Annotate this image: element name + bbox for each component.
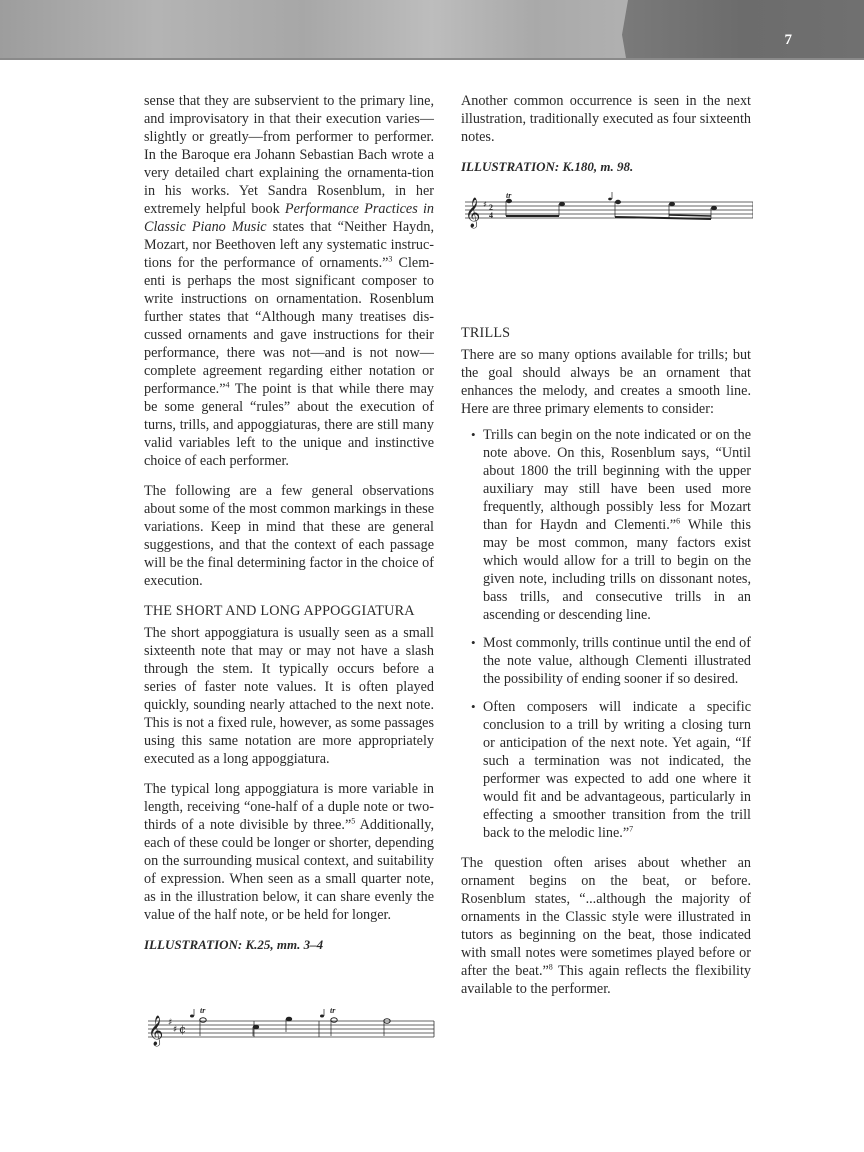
treble-clef-icon: 𝄞 <box>148 1015 163 1047</box>
text: Often composers will indicate a specific… <box>483 699 751 841</box>
paragraph: There are so many options available for … <box>461 346 751 418</box>
music-staff-illustration: 𝄞 ♯ ♯ ¢ tr tr <box>144 992 436 1058</box>
paragraph: sense that they are subservient to the p… <box>144 92 434 470</box>
section-heading: TRILLS <box>461 324 751 342</box>
illustration-label: ILLUSTRATION: K.25, mm. 3–4 <box>144 936 434 954</box>
paragraph: The short appoggiatura is usually seen a… <box>144 624 434 768</box>
sharp-icon: ♯ <box>483 200 487 209</box>
text: Most commonly, trills continue until the… <box>483 635 751 687</box>
music-staff-illustration: 𝄞 ♯ 2 4 tr <box>461 190 753 240</box>
trill-mark: tr <box>330 1006 336 1015</box>
list-item: Often composers will indicate a specific… <box>483 698 751 842</box>
section-heading: THE SHORT AND LONG APPOGGIATURA <box>144 602 434 620</box>
text: Clem-enti is perhaps the most significan… <box>144 255 434 397</box>
trill-mark: tr <box>506 191 512 200</box>
treble-clef-icon: 𝄞 <box>465 197 480 229</box>
right-column: Another common occurrence is seen in the… <box>461 92 751 1010</box>
page-header-dark-tab <box>622 0 864 58</box>
left-column: sense that they are subservient to the p… <box>144 92 434 1058</box>
cut-time-icon: ¢ <box>179 1023 186 1036</box>
paragraph: The typical long appoggiatura is more va… <box>144 780 434 924</box>
list-item: Trills can begin on the note indicated o… <box>483 426 751 624</box>
list-item: Most commonly, trills continue until the… <box>483 634 751 688</box>
page-number: 7 <box>785 32 793 49</box>
sharp-icon: ♯ <box>168 1018 172 1028</box>
trill-mark: tr <box>200 1006 206 1015</box>
time-signature-bottom: 4 <box>489 211 493 220</box>
illustration-label: ILLUSTRATION: K.180, m. 98. <box>461 158 751 176</box>
bullet-list: Trills can begin on the note indicated o… <box>461 426 751 842</box>
footnote-ref[interactable]: 7 <box>629 824 633 833</box>
text: sense that they are subservient to the p… <box>144 93 434 217</box>
sharp-icon: ♯ <box>173 1025 177 1035</box>
text: The question often arises about whether … <box>461 855 751 979</box>
paragraph: Another common occurrence is seen in the… <box>461 92 751 146</box>
paragraph: The following are a few general observat… <box>144 482 434 590</box>
paragraph: The question often arises about whether … <box>461 854 751 998</box>
